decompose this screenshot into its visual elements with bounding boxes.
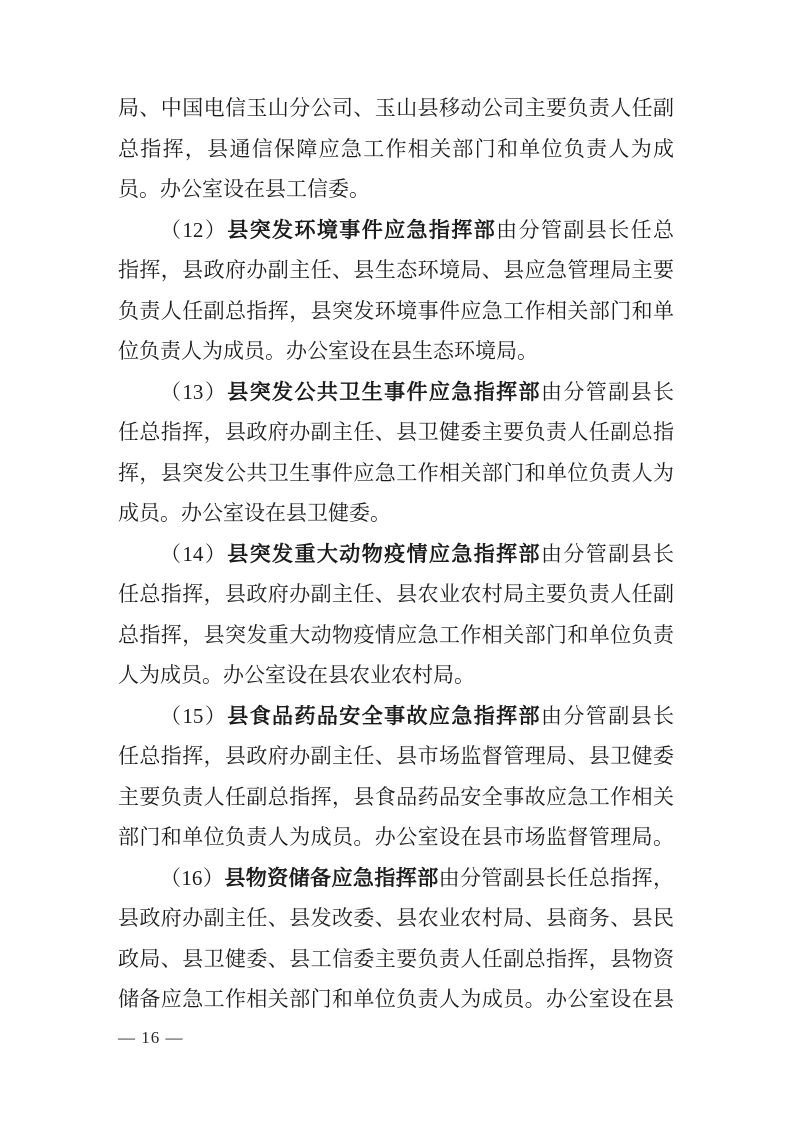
paragraph-heading-text: 县物资储备应急指挥部: [224, 866, 438, 890]
body-text: 由分管副县长任总指挥，: [439, 866, 674, 890]
body-text: 由分管副县长任总: [496, 218, 674, 242]
body-text: 成员。办公室设在县卫健委。: [118, 501, 391, 525]
body-text: （13）: [160, 380, 227, 404]
document-line: 挥，县突发公共卫生事件应急工作相关部门和单位负责人为: [118, 453, 674, 494]
body-text: 任总指挥，县政府办副主任、县市场监督管理局、县卫健委: [118, 744, 674, 768]
paragraph-heading-text: 县突发重大动物疫情应急指挥部: [227, 542, 541, 566]
document-body: 局、中国电信玉山分公司、玉山县移动公司主要负责人任副总指挥，县通信保障应急工作相…: [118, 88, 674, 1020]
document-line: （12）县突发环境事件应急指挥部由分管副县长任总: [118, 210, 674, 251]
body-text: 挥，县突发公共卫生事件应急工作相关部门和单位负责人为: [118, 461, 674, 485]
document-line: 指挥，县政府办副主任、县生态环境局、县应急管理局主要: [118, 250, 674, 291]
document-line: 主要负责人任副总指挥，县食品药品安全事故应急工作相关: [118, 777, 674, 818]
document-line: （15）县食品药品安全事故应急指挥部由分管副县长: [118, 696, 674, 737]
document-line: 任总指挥，县政府办副主任、县卫健委主要负责人任副总指: [118, 412, 674, 453]
body-text: 由分管副县长: [541, 380, 674, 404]
document-line: 县政府办副主任、县发改委、县农业农村局、县商务、县民: [118, 898, 674, 939]
document-line: 总指挥，县突发重大动物疫情应急工作相关部门和单位负责: [118, 615, 674, 656]
body-text: 总指挥，县突发重大动物疫情应急工作相关部门和单位负责: [118, 623, 674, 647]
document-line: 部门和单位负责人为成员。办公室设在县市场监督管理局。: [118, 817, 674, 858]
document-line: （13）县突发公共卫生事件应急指挥部由分管副县长: [118, 372, 674, 413]
paragraph-heading-text: 县突发公共卫生事件应急指挥部: [227, 380, 541, 404]
body-text: 总指挥，县通信保障应急工作相关部门和单位负责人为成: [118, 137, 674, 161]
document-line: 储备应急工作相关部门和单位负责人为成员。办公室设在县: [118, 979, 674, 1020]
document-line: 员。办公室设在县工信委。: [118, 169, 674, 210]
document-line: 任总指挥，县政府办副主任、县市场监督管理局、县卫健委: [118, 736, 674, 777]
body-text: 由分管副县长: [541, 704, 674, 728]
document-line: （16）县物资储备应急指挥部由分管副县长任总指挥，: [118, 858, 674, 899]
document-line: 局、中国电信玉山分公司、玉山县移动公司主要负责人任副: [118, 88, 674, 129]
document-page: 局、中国电信玉山分公司、玉山县移动公司主要负责人任副总指挥，县通信保障应急工作相…: [0, 0, 793, 1122]
document-line: 成员。办公室设在县卫健委。: [118, 493, 674, 534]
body-text: 由分管副县长: [541, 542, 674, 566]
body-text: 主要负责人任副总指挥，县食品药品安全事故应急工作相关: [118, 785, 674, 809]
body-text: 政局、县卫健委、县工信委主要负责人任副总指挥，县物资: [118, 947, 674, 971]
page-number: — 16 —: [118, 1026, 184, 1050]
document-line: 负责人任副总指挥，县突发环境事件应急工作相关部门和单: [118, 291, 674, 332]
body-text: 指挥，县政府办副主任、县生态环境局、县应急管理局主要: [118, 258, 674, 282]
document-line: 任总指挥，县政府办副主任、县农业农村局主要负责人任副: [118, 574, 674, 615]
body-text: 员。办公室设在县工信委。: [118, 177, 370, 201]
body-text: （12）: [160, 218, 227, 242]
body-text: 位负责人为成员。办公室设在县生态环境局。: [118, 339, 538, 363]
body-text: 负责人任副总指挥，县突发环境事件应急工作相关部门和单: [118, 299, 674, 323]
document-line: 政局、县卫健委、县工信委主要负责人任副总指挥，县物资: [118, 939, 674, 980]
document-line: 位负责人为成员。办公室设在县生态环境局。: [118, 331, 674, 372]
paragraph-heading-text: 县食品药品安全事故应急指挥部: [227, 704, 541, 728]
body-text: 任总指挥，县政府办副主任、县农业农村局主要负责人任副: [118, 582, 674, 606]
body-text: 任总指挥，县政府办副主任、县卫健委主要负责人任副总指: [118, 420, 674, 444]
body-text: 人为成员。办公室设在县农业农村局。: [118, 663, 475, 687]
body-text: 局、中国电信玉山分公司、玉山县移动公司主要负责人任副: [118, 96, 674, 120]
document-line: 总指挥，县通信保障应急工作相关部门和单位负责人为成: [118, 129, 674, 170]
document-line: （14）县突发重大动物疫情应急指挥部由分管副县长: [118, 534, 674, 575]
body-text: 部门和单位负责人为成员。办公室设在县市场监督管理局。: [118, 825, 674, 849]
body-text: 县政府办副主任、县发改委、县农业农村局、县商务、县民: [118, 906, 674, 930]
body-text: 储备应急工作相关部门和单位负责人为成员。办公室设在县: [118, 987, 674, 1011]
document-line: 人为成员。办公室设在县农业农村局。: [118, 655, 674, 696]
body-text: （14）: [160, 542, 227, 566]
body-text: （16）: [160, 866, 224, 890]
body-text: （15）: [160, 704, 227, 728]
paragraph-heading-text: 县突发环境事件应急指挥部: [227, 218, 496, 242]
